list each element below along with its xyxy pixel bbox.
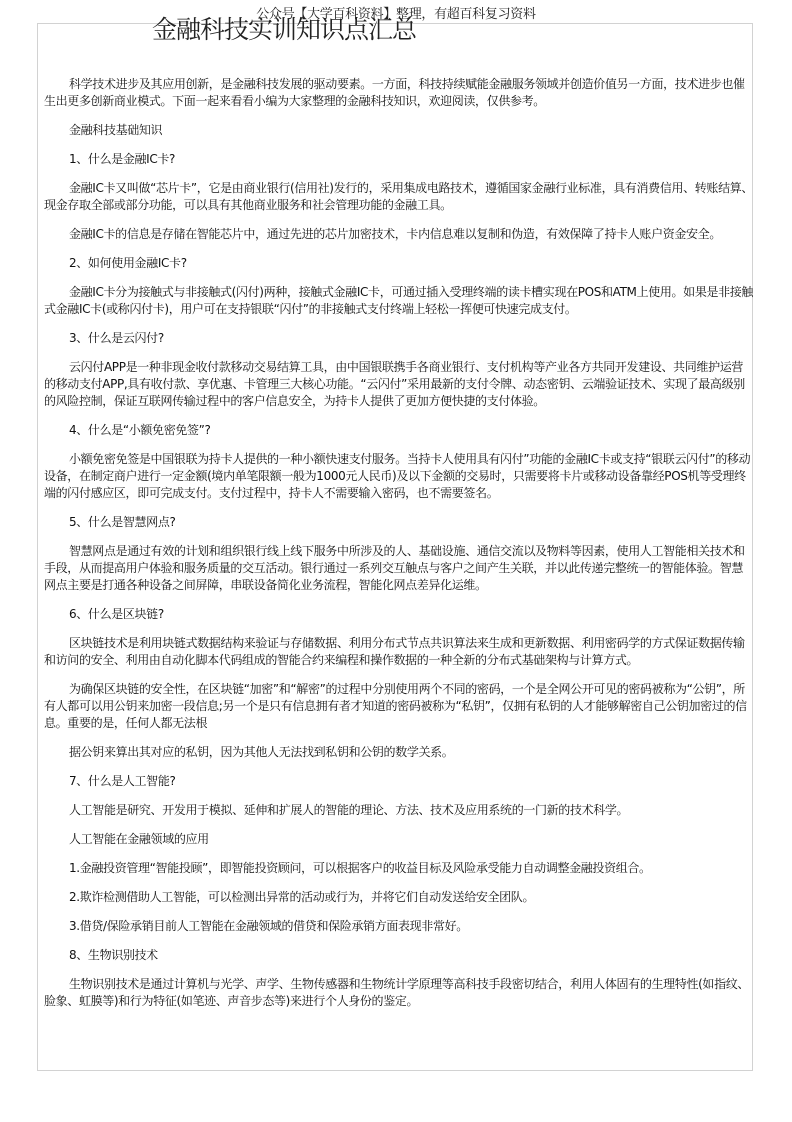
body-paragraph: 金融IC卡的信息是存储在智能芯片中，通过先进的芯片加密技术，卡内信息难以复制和伪… (44, 226, 754, 243)
body-paragraph: 生物识别技术是通过计算机与光学、声学、生物传感器和生物统计学原理等高科技手段密切… (44, 976, 754, 1010)
body-paragraph: 区块链技术是利用块链式数据结构来验证与存储数据、利用分布式节点共识算法来生成和更… (44, 635, 754, 669)
question-heading: 5、什么是智慧网点? (44, 514, 754, 531)
question-heading: 7、什么是人工智能? (44, 773, 754, 790)
question-heading: 4、什么是“小额免密免签”? (44, 422, 754, 439)
body-paragraph: 为确保区块链的安全性，在区块链“加密”和“解密”的过程中分别使用两个不同的密码，… (44, 681, 754, 732)
body-paragraph: 智慧网点是通过有效的计划和组织银行线上线下服务中所涉及的人、基础设施、通信交流以… (44, 543, 754, 594)
body-paragraph: 金融IC卡分为接触式与非接触式(闪付)两种，接触式金融IC卡，可通过插入受理终端… (44, 284, 754, 318)
intro-paragraph: 科学技术进步及其应用创新，是金融科技发展的驱动要素。一方面，科技持续赋能金融服务… (44, 76, 754, 110)
body-paragraph: 小额免密免签是中国银联为持卡人提供的一种小额快速支付服务。当持卡人使用具有闪付”… (44, 451, 754, 502)
question-heading: 2、如何使用金融IC卡? (44, 255, 754, 272)
body-paragraph: 云闪付APP是一种非现金收付款移动交易结算工具，由中国银联携手各商业银行、支付机… (44, 359, 754, 410)
body-paragraph: 金融IC卡又叫做“芯片卡”，它是由商业银行(信用社)发行的，采用集成电路技术，遵… (44, 180, 754, 214)
section-heading: 金融科技基础知识 (44, 122, 754, 139)
question-heading: 8、生物识别技术 (44, 947, 754, 964)
section-heading: 人工智能在金融领域的应用 (44, 831, 754, 848)
document-title: 金融科技实训知识点汇总 (152, 10, 416, 46)
document-body: 科学技术进步及其应用创新，是金融科技发展的驱动要素。一方面，科技持续赋能金融服务… (44, 76, 754, 1022)
body-paragraph: 人工智能是研究、开发用于模拟、延伸和扩展人的智能的理论、方法、技术及应用系统的一… (44, 802, 754, 819)
list-paragraph: 1.金融投资管理“智能投顾”，即智能投资顾问，可以根据客户的收益目标及风险承受能… (44, 860, 754, 877)
question-heading: 1、什么是金融IC卡? (44, 151, 754, 168)
list-paragraph: 3.借贷/保险承销目前人工智能在金融领域的借贷和保险承销方面表现非常好。 (44, 918, 754, 935)
list-paragraph: 2.欺诈检测借助人工智能，可以检测出异常的活动或行为，并将它们自动发送给安全团队… (44, 889, 754, 906)
body-paragraph: 据公钥来算出其对应的私钥，因为其他人无法找到私钥和公钥的数学关系。 (44, 744, 754, 761)
question-heading: 3、什么是云闪付? (44, 330, 754, 347)
question-heading: 6、什么是区块链? (44, 606, 754, 623)
